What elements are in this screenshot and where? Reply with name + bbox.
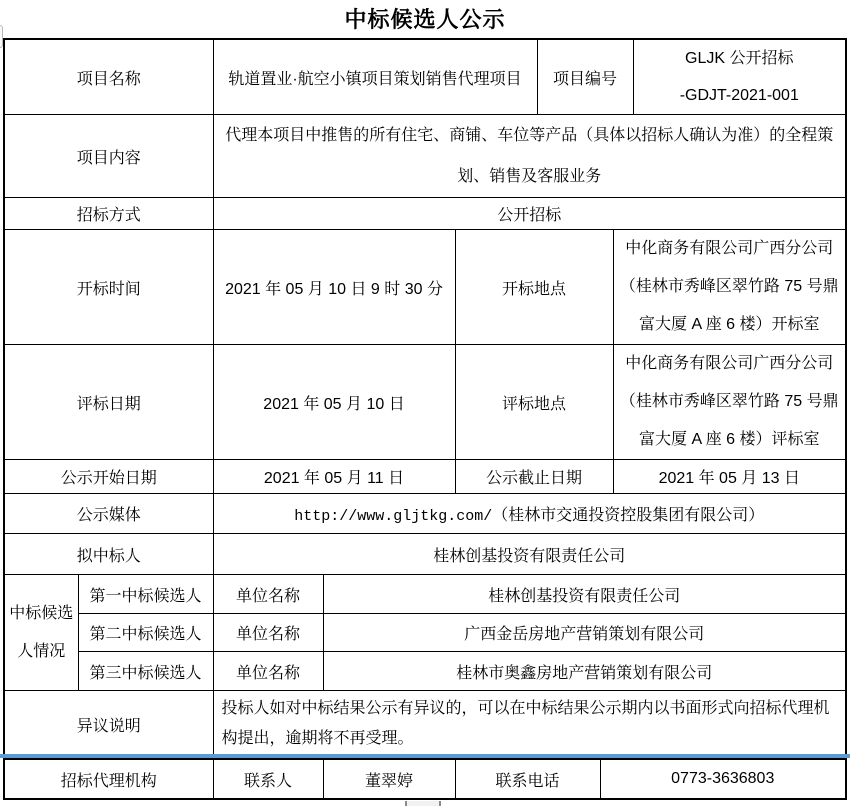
eval-place-label: 评标地点 — [455, 345, 613, 460]
table-row: 中标候选人情况 第一中标候选人 单位名称 桂林创基投资有限责任公司 — [4, 575, 846, 614]
publicity-media-url: http://www.gljtkg.com/ — [294, 508, 492, 525]
publicity-media-note: （桂林市交通投资控股集团有限公司） — [492, 507, 764, 524]
publicity-end-value: 2021 年 05 月 13 日 — [613, 460, 846, 494]
candidate-2-unit-label: 单位名称 — [213, 614, 323, 652]
table-row: 评标日期 2021 年 05 月 10 日 评标地点 中化商务有限公司广西分公司… — [4, 345, 846, 460]
table-row: 第三中标候选人 单位名称 桂林市奥鑫房地产营销策划有限公司 — [4, 652, 846, 691]
agency-contact-label: 联系人 — [213, 759, 323, 799]
table-row: 开标时间 2021 年 05 月 10 日 9 时 30 分 开标地点 中化商务… — [4, 230, 846, 345]
winner-value: 桂林创基投资有限责任公司 — [213, 534, 846, 575]
document-page: 中标候选人公示 项目名称 轨道置业·航空小镇项目策划销售代理项目 项目编号 GL… — [0, 0, 850, 806]
candidate-3-unit-label: 单位名称 — [213, 652, 323, 691]
publicity-media-value: http://www.gljtkg.com/（桂林市交通投资控股集团有限公司） — [213, 494, 846, 534]
agency-contact-table: 招标代理机构 联系人 董翠婷 联系电话 0773-3636803 — [3, 758, 847, 800]
bid-method-value: 公开招标 — [213, 198, 846, 230]
table-row: 公示开始日期 2021 年 05 月 11 日 公示截止日期 2021 年 05… — [4, 460, 846, 494]
project-content-value: 代理本项目中推售的所有住宅、商铺、车位等产品（具体以招标人确认为准）的全程策划、… — [213, 115, 846, 198]
table-row: 异议说明 投标人如对中标结果公示有异议的，可以在中标结果公示期内以书面形式向招标… — [4, 691, 846, 759]
table-row: 项目内容 代理本项目中推售的所有住宅、商铺、车位等产品（具体以招标人确认为准）的… — [4, 115, 846, 198]
project-name-label: 项目名称 — [4, 39, 213, 115]
candidate-2-rank-label: 第二中标候选人 — [78, 614, 213, 652]
open-place-label: 开标地点 — [455, 230, 613, 345]
candidate-3-rank-label: 第三中标候选人 — [78, 652, 213, 691]
publicity-end-label: 公示截止日期 — [455, 460, 613, 494]
table-row: 项目名称 轨道置业·航空小镇项目策划销售代理项目 项目编号 GLJK 公开招标 … — [4, 39, 846, 115]
open-place-value: 中化商务有限公司广西分公司（桂林市秀峰区翠竹路 75 号鼎富大厦 A 座 6 楼… — [613, 230, 846, 345]
project-name-value: 轨道置业·航空小镇项目策划销售代理项目 — [213, 39, 537, 115]
publicity-start-label: 公示开始日期 — [4, 460, 213, 494]
candidate-1-unit-label: 单位名称 — [213, 575, 323, 614]
project-code-line2: -GDJT-2021-001 — [637, 77, 843, 114]
agency-label: 招标代理机构 — [4, 759, 213, 799]
eval-date-label: 评标日期 — [4, 345, 213, 460]
publicity-start-value: 2021 年 05 月 11 日 — [213, 460, 455, 494]
table-row: 招标方式 公开招标 — [4, 198, 846, 230]
agency-phone-value: 0773-3636803 — [600, 759, 846, 799]
objection-label: 异议说明 — [4, 691, 213, 759]
candidate-1-rank-label: 第一中标候选人 — [78, 575, 213, 614]
page-title: 中标候选人公示 — [0, 3, 850, 34]
eval-date-value: 2021 年 05 月 10 日 — [213, 345, 455, 460]
winner-label: 拟中标人 — [4, 534, 213, 575]
candidate-3-company: 桂林市奥鑫房地产营销策划有限公司 — [323, 652, 846, 691]
announcement-table: 项目名称 轨道置业·航空小镇项目策划销售代理项目 项目编号 GLJK 公开招标 … — [3, 38, 847, 760]
candidate-2-company: 广西金岳房地产营销策划有限公司 — [323, 614, 846, 652]
project-code-line1: GLJK 公开招标 — [637, 40, 843, 77]
table-row: 拟中标人 桂林创基投资有限责任公司 — [4, 534, 846, 575]
eval-place-value: 中化商务有限公司广西分公司（桂林市秀峰区翠竹路 75 号鼎富大厦 A 座 6 楼… — [613, 345, 846, 460]
project-code-value: GLJK 公开招标 -GDJT-2021-001 — [633, 39, 846, 115]
table-row: 第二中标候选人 单位名称 广西金岳房地产营销策划有限公司 — [4, 614, 846, 652]
candidate-1-company: 桂林创基投资有限责任公司 — [323, 575, 846, 614]
table-row: 公示媒体 http://www.gljtkg.com/（桂林市交通投资控股集团有… — [4, 494, 846, 534]
scrollbar-thumb-fragment[interactable] — [405, 801, 441, 806]
open-time-label: 开标时间 — [4, 230, 213, 345]
project-code-label: 项目编号 — [537, 39, 633, 115]
agency-phone-label: 联系电话 — [455, 759, 600, 799]
project-content-label: 项目内容 — [4, 115, 213, 198]
open-time-value: 2021 年 05 月 10 日 9 时 30 分 — [213, 230, 455, 345]
candidates-group-label: 中标候选人情况 — [4, 575, 78, 691]
bid-method-label: 招标方式 — [4, 198, 213, 230]
agency-contact-value: 董翠婷 — [323, 759, 455, 799]
table-row: 招标代理机构 联系人 董翠婷 联系电话 0773-3636803 — [4, 759, 846, 799]
publicity-media-label: 公示媒体 — [4, 494, 213, 534]
objection-value: 投标人如对中标结果公示有异议的，可以在中标结果公示期内以书面形式向招标代理机构提… — [213, 691, 846, 759]
